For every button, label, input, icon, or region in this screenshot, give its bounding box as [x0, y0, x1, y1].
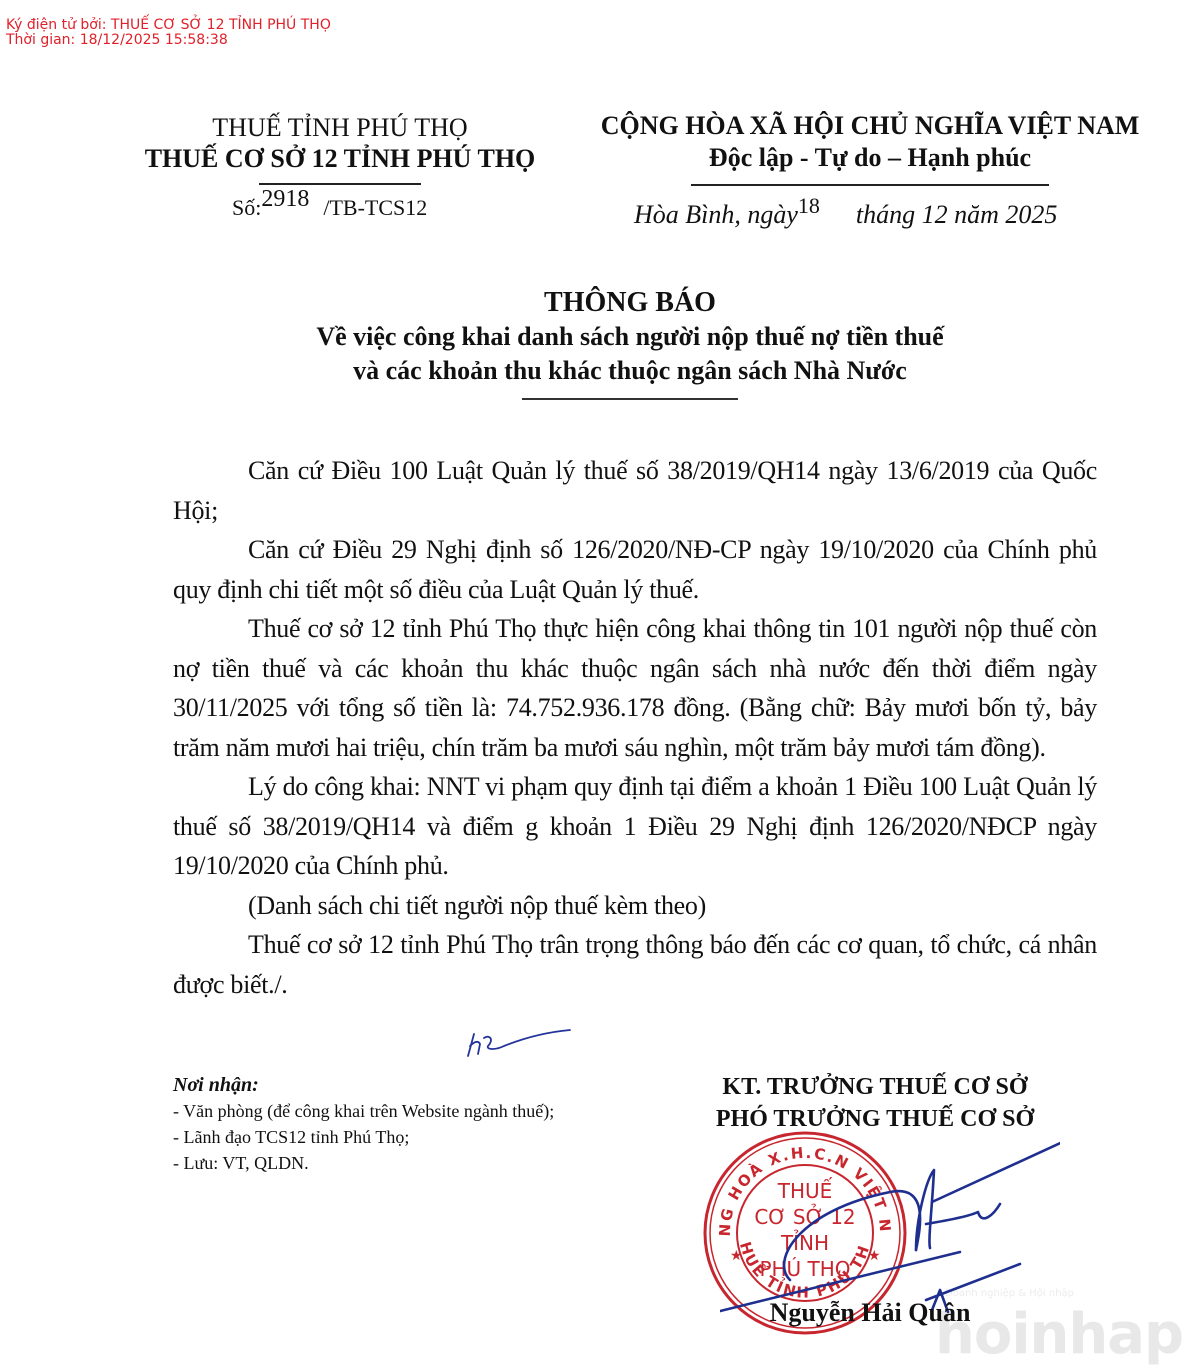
- date-day: 18: [798, 193, 820, 218]
- body-paragraph: Lý do công khai: NNT vi phạm quy định tạ…: [173, 767, 1097, 886]
- document-title: THÔNG BÁO Về việc công khai danh sách ng…: [260, 286, 1000, 400]
- recipient-item: - Lãnh đạo TCS12 tỉnh Phú Thọ;: [173, 1124, 613, 1150]
- esignature-signed-by: Ký điện tử bởi: THUẾ CƠ SỞ 12 TỈNH PHÚ T…: [6, 18, 331, 33]
- national-motto: CỘNG HÒA XÃ HỘI CHỦ NGHĨA VIỆT NAM Độc l…: [580, 110, 1160, 186]
- esignature-time: Thời gian: 18/12/2025 15:58:38: [6, 33, 331, 48]
- body-paragraph: (Danh sách chi tiết người nộp thuế kèm t…: [173, 886, 1097, 926]
- title-heading: THÔNG BÁO: [260, 286, 1000, 320]
- title-subtitle-1: Về việc công khai danh sách người nộp th…: [260, 320, 1000, 354]
- agency-divider: [259, 183, 421, 185]
- recipients-heading: Nơi nhận:: [173, 1072, 613, 1098]
- document-date: Hòa Bình, ngày18tháng 12 năm 2025: [634, 200, 1057, 230]
- document-body: Căn cứ Điều 100 Luật Quản lý thuế số 38/…: [173, 451, 1097, 1004]
- parent-agency: THUẾ TỈNH PHÚ THỌ: [120, 113, 560, 143]
- date-suffix: tháng 12 năm 2025: [856, 200, 1058, 229]
- signature-line-1: KT. TRƯỞNG THUẾ CƠ SỞ: [690, 1071, 1060, 1103]
- recipient-item: - Lưu: VT, QLDN.: [173, 1150, 613, 1176]
- issuing-agency: THUẾ TỈNH PHÚ THỌ THUẾ CƠ SỞ 12 TỈNH PHÚ…: [120, 113, 560, 185]
- title-divider: [522, 398, 738, 400]
- body-paragraph: Căn cứ Điều 29 Nghị định số 126/2020/NĐ-…: [173, 530, 1097, 609]
- doc-no-value: 2918: [261, 186, 309, 212]
- esignature-notice: Ký điện tử bởi: THUẾ CƠ SỞ 12 TỈNH PHÚ T…: [6, 18, 331, 48]
- document-number: Số:2918/TB-TCS12: [232, 195, 427, 222]
- motto: Độc lập - Tự do – Hạnh phúc: [580, 142, 1160, 174]
- doc-no-prefix: Số:: [232, 195, 261, 220]
- recipients-block: Nơi nhận: - Văn phòng (để công khai trên…: [173, 1072, 613, 1176]
- date-prefix: Hòa Bình, ngày: [634, 200, 798, 229]
- country-name: CỘNG HÒA XÃ HỘI CHỦ NGHĨA VIỆT NAM: [580, 110, 1160, 142]
- body-paragraph: Căn cứ Điều 100 Luật Quản lý thuế số 38/…: [173, 451, 1097, 530]
- recipient-item: - Văn phòng (để công khai trên Website n…: [173, 1098, 613, 1124]
- body-paragraph: Thuế cơ sở 12 tỉnh Phú Thọ thực hiện côn…: [173, 609, 1097, 767]
- title-subtitle-2: và các khoản thu khác thuộc ngân sách Nh…: [260, 354, 1000, 388]
- initials-signature-icon: [460, 1020, 580, 1064]
- signature-title: KT. TRƯỞNG THUẾ CƠ SỞ PHÓ TRƯỞNG THUẾ CƠ…: [690, 1071, 1060, 1135]
- signer-name: Nguyễn Hải Quân: [700, 1298, 1040, 1328]
- agency-name: THUẾ CƠ SỞ 12 TỈNH PHÚ THỌ: [120, 143, 560, 175]
- motto-divider: [691, 184, 1049, 186]
- doc-no-suffix: /TB-TCS12: [323, 195, 427, 220]
- body-paragraph: Thuế cơ sở 12 tỉnh Phú Thọ trân trọng th…: [173, 925, 1097, 1004]
